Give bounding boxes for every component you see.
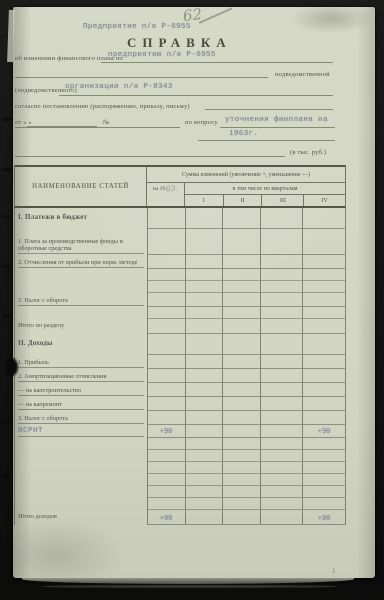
- column-header-quarters: в том числе по кварталам: [185, 183, 345, 195]
- value-cell: [186, 293, 224, 307]
- value-cell: [148, 450, 186, 462]
- value-cell: [303, 411, 345, 425]
- quarter-label-4: IV: [304, 195, 345, 206]
- row-label-text: 1. Плата за производственные фонды и обо…: [18, 238, 144, 254]
- value-cell: [223, 411, 261, 425]
- row-label: 3. Налог с оборота: [15, 411, 148, 425]
- typed-enterprise-line: Предприятие п/я Р-6955: [83, 23, 191, 31]
- table-row: Итого по разделу: [15, 319, 345, 334]
- table-row: 3. Налог с оборота: [15, 411, 345, 425]
- value-cell: [261, 450, 303, 462]
- table-row: [15, 486, 345, 498]
- value-cell: +90: [148, 425, 186, 438]
- value-cell: [261, 498, 303, 510]
- document-title: СПРАВКА: [127, 35, 232, 51]
- typed-subject: предприятию п/я Р-6955: [108, 51, 216, 59]
- value-cell: [148, 369, 186, 383]
- table-body: I. Платежи в бюджет1. Плата за производс…: [14, 208, 346, 525]
- row-label-text: [18, 448, 144, 449]
- row-label: 3. Налог с оборота: [15, 293, 148, 307]
- value-cell: [186, 319, 224, 334]
- row-label: [15, 450, 148, 462]
- table-header: НАИМЕНОВАНИЕ СТАТЕЙ Сумма изменений (уве…: [14, 165, 346, 208]
- row-label: — на капстроительство: [15, 383, 148, 397]
- value-cell: [303, 229, 345, 255]
- binding-mark: [2, 475, 11, 478]
- value-cell: [261, 229, 303, 255]
- value-cell: [186, 281, 224, 293]
- value-cell: [186, 411, 224, 425]
- binding-hole: [5, 358, 18, 376]
- row-label-text: ВСРНТ: [18, 428, 144, 437]
- typed-question-line1: уточнения финплана на: [225, 116, 328, 124]
- value-cell: [303, 355, 345, 369]
- page-bottom-edge: [22, 578, 354, 584]
- value-cell: [223, 269, 261, 281]
- row-label-text: Итого по разделу: [18, 322, 137, 330]
- form-rule: [198, 140, 335, 141]
- table-row: [15, 498, 345, 510]
- value-cell: [223, 369, 261, 383]
- value-cell: [303, 450, 345, 462]
- row-label: [15, 307, 148, 319]
- row-label-text: I. Платежи в бюджет: [18, 214, 144, 222]
- value-cell: [186, 462, 224, 474]
- value-cell: [186, 474, 224, 486]
- value-cell: [186, 255, 224, 269]
- handwritten-slash-mark: [199, 7, 233, 23]
- value-cell: [223, 498, 261, 510]
- column-header-names: НАИМЕНОВАНИЕ СТАТЕЙ: [15, 167, 147, 206]
- binding-mark: [2, 420, 11, 423]
- row-label-text: 3. Налог с оборота: [18, 415, 144, 424]
- table-row: — на капремонт: [15, 397, 345, 411]
- typed-question-line2: 1963г.: [229, 130, 258, 138]
- value-cell: [148, 438, 186, 450]
- table-row: II. Доходы: [15, 334, 345, 355]
- value-cell: [223, 486, 261, 498]
- value-cell: [261, 425, 303, 438]
- row-label-text: [18, 484, 144, 485]
- row-label-text: — на капремонт: [18, 401, 144, 410]
- line-according: согласно постановлению (распоряжению, пр…: [15, 103, 190, 111]
- value-cell: [261, 334, 303, 355]
- value-cell: [303, 255, 345, 269]
- value-cell: [223, 281, 261, 293]
- value-cell: [261, 369, 303, 383]
- value-cell: [148, 474, 186, 486]
- value-cell: [148, 334, 186, 355]
- value-cell: [261, 293, 303, 307]
- value-cell: [303, 474, 345, 486]
- value-cell: [303, 383, 345, 397]
- table-row: — на капстроительство: [15, 383, 345, 397]
- row-label-text: Итого доходов: [18, 513, 137, 521]
- quarter-label-1: I: [185, 195, 224, 206]
- page-bottom-shadow: [40, 585, 339, 588]
- value-cell: [303, 498, 345, 510]
- value-cell: [186, 355, 224, 369]
- row-label: [15, 269, 148, 281]
- value-cell: [303, 334, 345, 355]
- value-cell: [303, 307, 345, 319]
- row-label: Итого доходов: [15, 510, 148, 525]
- value-cell: [261, 510, 303, 525]
- row-label-text: [18, 279, 144, 280]
- value-cell: [148, 462, 186, 474]
- form-rule: [15, 156, 285, 157]
- value-cell: [186, 383, 224, 397]
- row-label-text: 1. Прибыль: [18, 359, 144, 368]
- value-cell: [148, 293, 186, 307]
- form-rule: [59, 95, 333, 96]
- row-label-text: [18, 317, 144, 318]
- value-cell: [186, 229, 224, 255]
- value-cell: [186, 438, 224, 450]
- table-row: ВСРНТ+90+90: [15, 425, 345, 438]
- table-row: I. Платежи в бюджет: [15, 208, 345, 229]
- units-note: (в тыс. руб.): [290, 149, 326, 157]
- table-row: [15, 474, 345, 486]
- value-cell: [223, 319, 261, 334]
- value-cell: [223, 334, 261, 355]
- value-cell: [186, 397, 224, 411]
- value-cell: [148, 281, 186, 293]
- value-cell: [303, 486, 345, 498]
- value-cell: [148, 383, 186, 397]
- row-label-text: [18, 460, 144, 461]
- table-row: 1. Прибыль: [15, 355, 345, 369]
- table-row: [15, 269, 345, 281]
- quarter-label-2: II: [224, 195, 263, 206]
- value-cell: [186, 498, 224, 510]
- table-row: 2. Амортизационные отчисления: [15, 369, 345, 383]
- document-page: 62 Предприятие п/я Р-6955 СПРАВКА об изм…: [13, 7, 375, 578]
- value-cell: [223, 355, 261, 369]
- table-row: Итого доходов+90+90: [15, 510, 345, 525]
- row-label: II. Доходы: [15, 334, 148, 355]
- value-cell: [261, 411, 303, 425]
- row-label-text: [18, 508, 144, 509]
- row-label: 1. Плата за производственные фонды и обо…: [15, 229, 148, 255]
- value-cell: [186, 486, 224, 498]
- binding-mark: [2, 168, 11, 171]
- row-label-text: — на капстроительство: [18, 387, 144, 396]
- binding-mark: [2, 118, 11, 121]
- row-label: [15, 462, 148, 474]
- label-subordinate: подведомственной: [275, 71, 330, 79]
- label-number-sign: №: [103, 119, 109, 127]
- corner-page-mark: 1: [332, 567, 336, 575]
- binding-mark: [2, 315, 11, 318]
- value-cell: [303, 281, 345, 293]
- value-cell: [303, 319, 345, 334]
- handwritten-year: 63.: [166, 183, 179, 193]
- row-label-text: [18, 291, 144, 292]
- value-cell: [261, 281, 303, 293]
- value-cell: [303, 397, 345, 411]
- row-label: ВСРНТ: [15, 425, 148, 438]
- row-label-text: 2. Отчисления от прибыли при норм. метод…: [18, 259, 144, 268]
- value-cell: [186, 510, 224, 525]
- row-label-text: [18, 472, 144, 473]
- value-cell: [186, 334, 224, 355]
- row-label-text: 3. Налог с оборота: [18, 297, 144, 306]
- row-label: [15, 498, 148, 510]
- value-cell: [261, 474, 303, 486]
- column-header-sum: Сумма изменений (увеличение +, уменьшени…: [147, 167, 345, 183]
- value-cell: [303, 369, 345, 383]
- row-label: 1. Прибыль: [15, 355, 148, 369]
- value-cell: [261, 438, 303, 450]
- value-cell: [148, 397, 186, 411]
- table-row: 1. Плата за производственные фонды и обо…: [15, 229, 345, 255]
- year-column-spacer: [147, 195, 185, 206]
- form-rule: [101, 62, 333, 63]
- row-label: 2. Амортизационные отчисления: [15, 369, 148, 383]
- form-rule: [15, 127, 180, 128]
- value-cell: [148, 319, 186, 334]
- table-row: [15, 281, 345, 293]
- quarter-label-3: III: [262, 195, 304, 206]
- value-cell: [148, 269, 186, 281]
- value-cell: [186, 307, 224, 319]
- row-label-text: 2. Амортизационные отчисления: [18, 373, 144, 382]
- binding-mark: [2, 265, 11, 268]
- value-cell: [261, 208, 303, 229]
- value-cell: [148, 255, 186, 269]
- value-cell: [186, 269, 224, 281]
- value-cell: [223, 462, 261, 474]
- value-cell: [223, 397, 261, 411]
- value-cell: [261, 255, 303, 269]
- value-cell: [186, 369, 224, 383]
- table-row: [15, 438, 345, 450]
- value-cell: [223, 255, 261, 269]
- value-cell: [223, 474, 261, 486]
- row-label: [15, 486, 148, 498]
- value-cell: [261, 269, 303, 281]
- value-cell: [223, 208, 261, 229]
- table-row: [15, 450, 345, 462]
- value-cell: [303, 462, 345, 474]
- value-cell: [223, 293, 261, 307]
- value-cell: [223, 450, 261, 462]
- value-cell: [148, 498, 186, 510]
- value-cell: [223, 425, 261, 438]
- form-rule: [205, 109, 333, 110]
- financial-table: НАИМЕНОВАНИЕ СТАТЕЙ Сумма изменений (уве…: [14, 165, 346, 525]
- value-cell: [148, 307, 186, 319]
- table-row: [15, 462, 345, 474]
- value-cell: [261, 307, 303, 319]
- value-cell: [223, 510, 261, 525]
- value-cell: [186, 425, 224, 438]
- row-label-text: [18, 496, 144, 497]
- value-cell: [223, 438, 261, 450]
- value-cell: [223, 383, 261, 397]
- row-label-text: II. Доходы: [18, 340, 144, 348]
- row-label: I. Платежи в бюджет: [15, 208, 148, 229]
- row-label: [15, 474, 148, 486]
- column-header-year: на 1963.: [147, 183, 185, 195]
- value-cell: [223, 307, 261, 319]
- form-rule: [220, 127, 335, 128]
- value-cell: [303, 208, 345, 229]
- value-cell: [148, 411, 186, 425]
- value-cell: [303, 438, 345, 450]
- value-cell: +90: [148, 510, 186, 525]
- value-cell: [223, 229, 261, 255]
- value-cell: [148, 486, 186, 498]
- value-cell: [261, 462, 303, 474]
- value-cell: [148, 229, 186, 255]
- value-cell: [261, 355, 303, 369]
- row-label: 2. Отчисления от прибыли при норм. метод…: [15, 255, 148, 269]
- table-row: 3. Налог с оборота: [15, 293, 345, 307]
- value-cell: [261, 319, 303, 334]
- row-label: Итого по разделу: [15, 319, 148, 334]
- form-rule: [15, 77, 268, 78]
- value-cell: [148, 355, 186, 369]
- row-label: — на капремонт: [15, 397, 148, 411]
- value-cell: [261, 486, 303, 498]
- value-cell: [303, 269, 345, 281]
- row-label: [15, 438, 148, 450]
- year-prefix: на 19: [153, 186, 165, 192]
- value-cell: [186, 450, 224, 462]
- label-question: по вопросу: [185, 119, 218, 127]
- table-row: 2. Отчисления от прибыли при норм. метод…: [15, 255, 345, 269]
- table-row: [15, 307, 345, 319]
- value-cell: [148, 208, 186, 229]
- value-cell: [261, 397, 303, 411]
- value-cell: +90: [303, 510, 345, 525]
- value-cell: [186, 208, 224, 229]
- scanned-document-scene: 62 Предприятие п/я Р-6955 СПРАВКА об изм…: [0, 0, 384, 600]
- typed-organization: организации п/я Р-8343: [65, 83, 173, 91]
- value-cell: +90: [303, 425, 345, 438]
- row-label: [15, 281, 148, 293]
- binding-mark: [2, 215, 11, 218]
- value-cell: [303, 293, 345, 307]
- value-cell: [261, 383, 303, 397]
